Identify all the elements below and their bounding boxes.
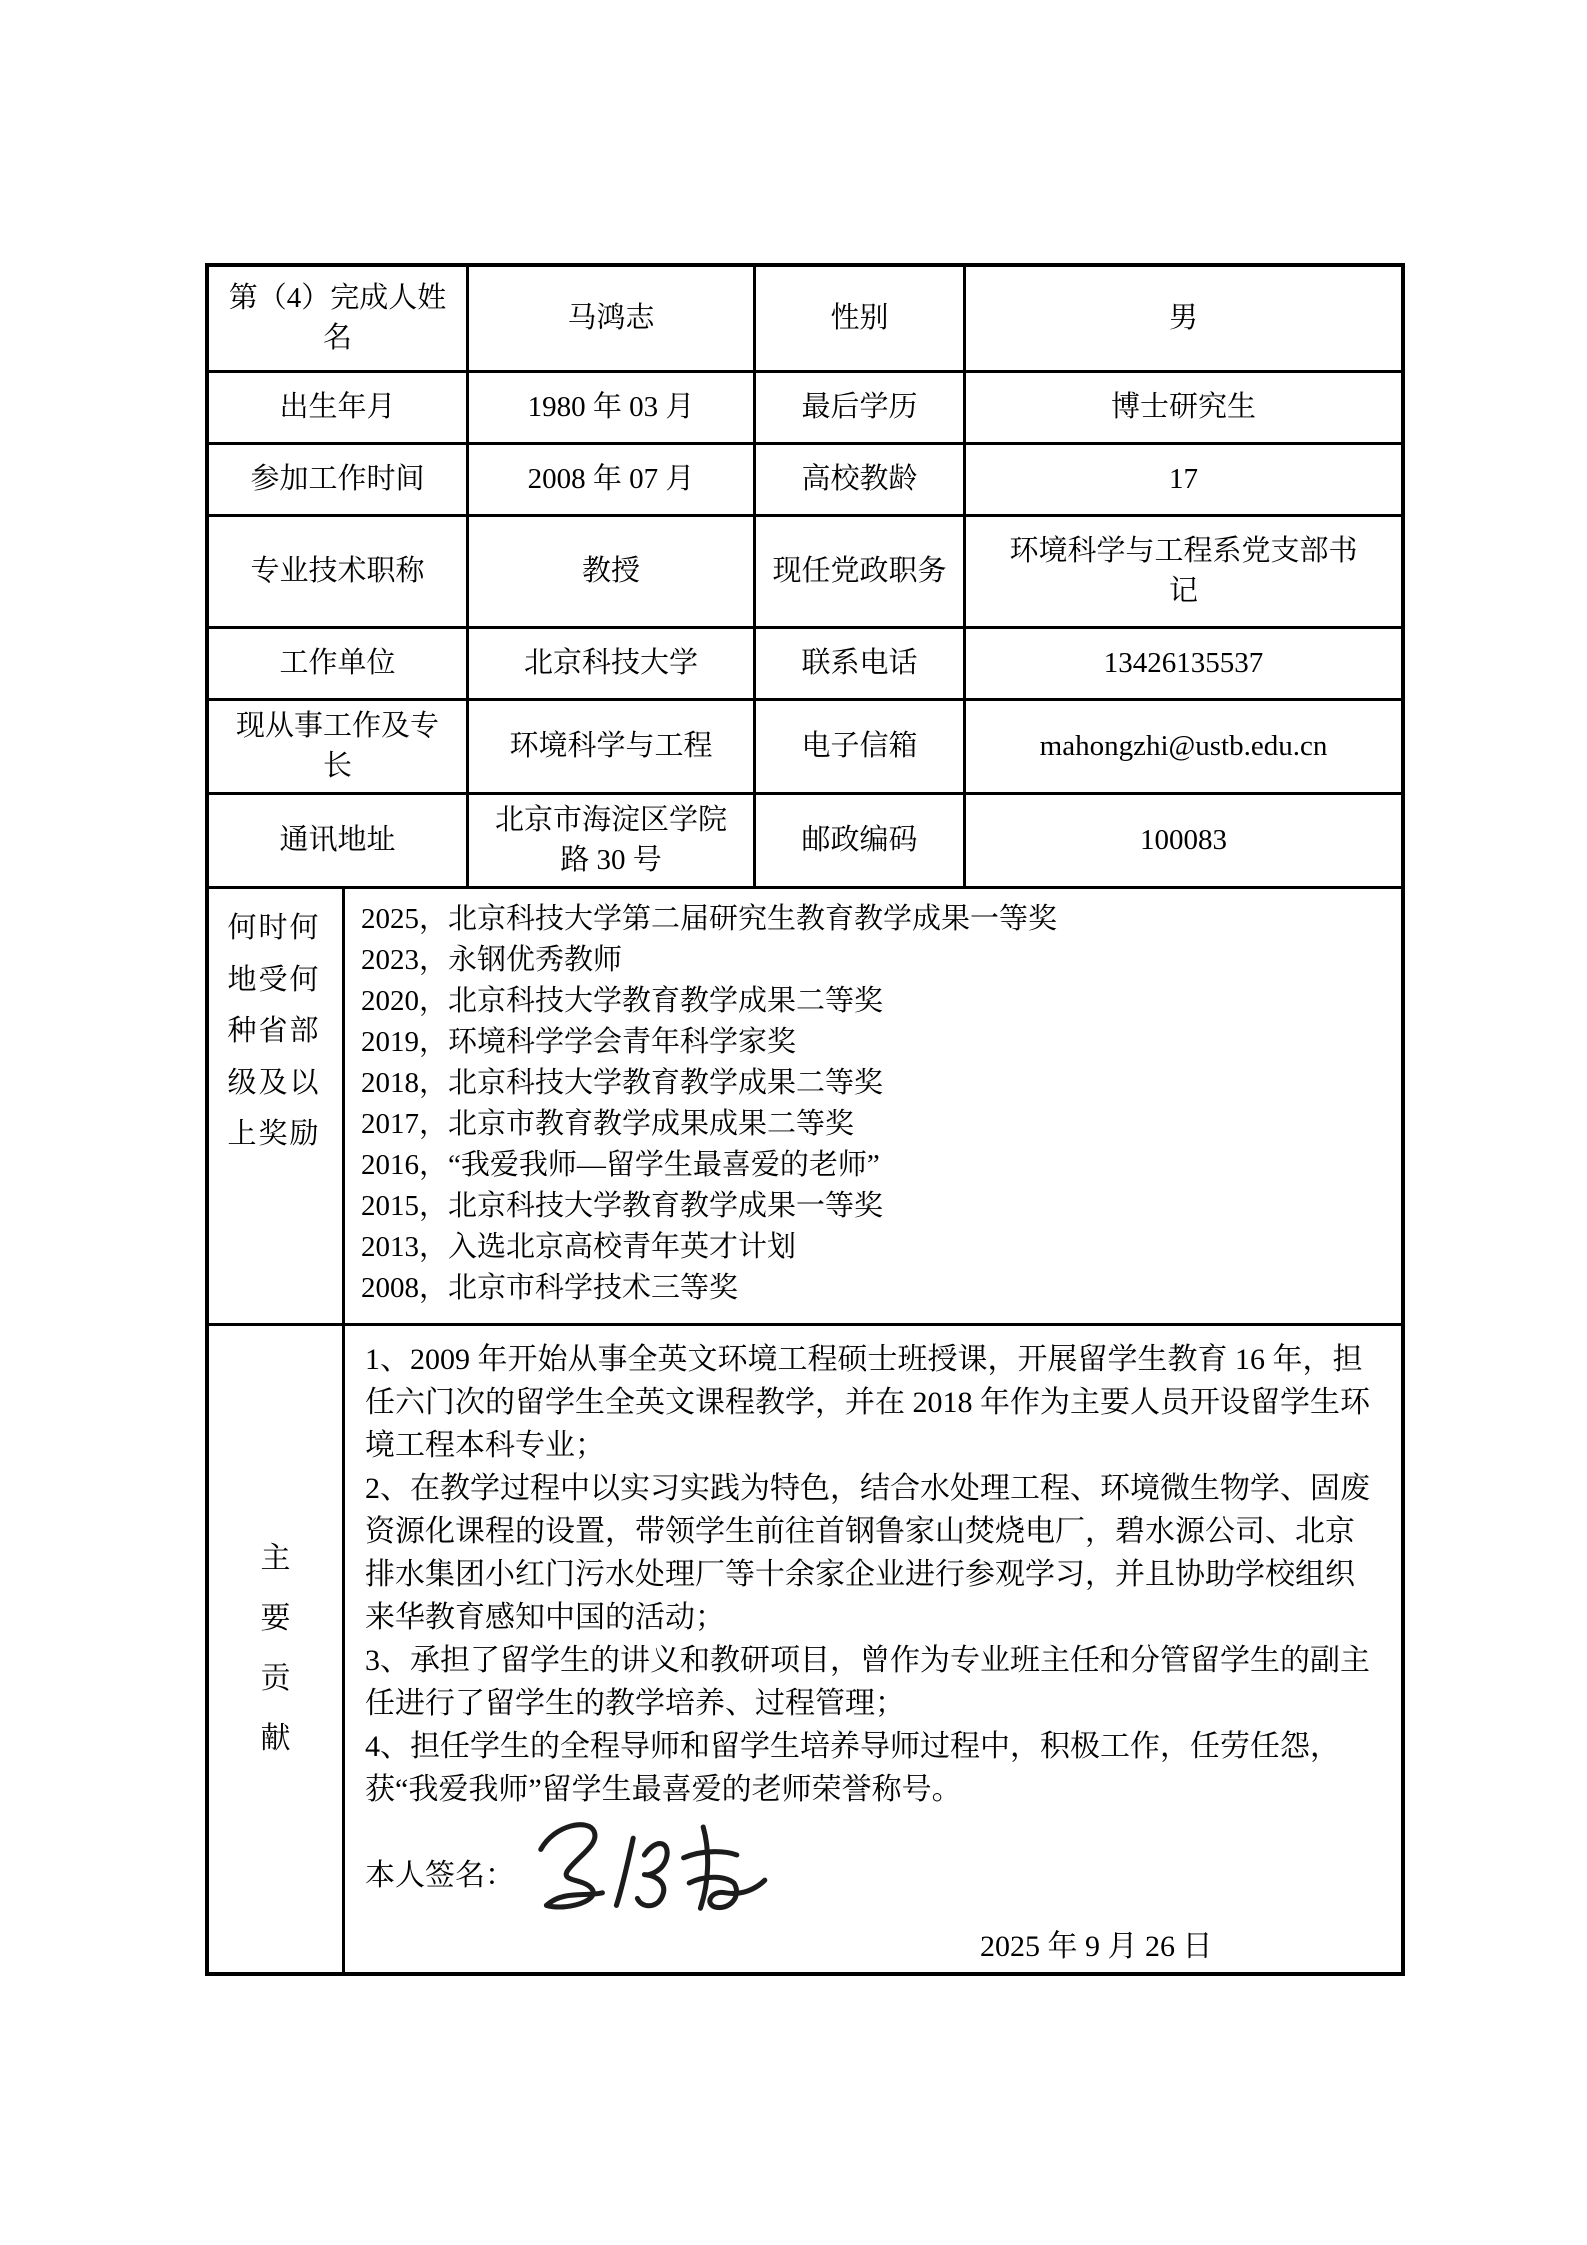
award-item: 2019，环境科学学会青年科学家奖 bbox=[361, 1022, 796, 1063]
field-value-last-degree: 博士研究生 bbox=[966, 373, 1401, 442]
field-value-gender: 男 bbox=[966, 267, 1401, 370]
field-value-postcode: 100083 bbox=[966, 795, 1401, 886]
table-row-birth: 出生年月 1980 年 03 月 最后学历 博士研究生 bbox=[209, 373, 1401, 445]
table-row-address: 通讯地址 北京市海淀区学院路 30 号 邮政编码 100083 bbox=[209, 795, 1401, 889]
award-item: 2013，入选北京高校青年英才计划 bbox=[361, 1227, 796, 1268]
table-row-name: 第（4）完成人姓名 马鸿志 性别 男 bbox=[209, 267, 1401, 373]
award-item: 2016，“我爱我师—留学生最喜爱的老师” bbox=[361, 1145, 880, 1186]
field-label-phone: 联系电话 bbox=[756, 629, 966, 698]
personnel-form-table: 第（4）完成人姓名 马鸿志 性别 男 出生年月 1980 年 03 月 最后学历… bbox=[205, 263, 1405, 1976]
field-value-mailing-address: 北京市海淀区学院路 30 号 bbox=[469, 795, 756, 886]
contributions-content: 1、2009 年开始从事全英文环境工程硕士班授课，开展留学生教育 16 年，担任… bbox=[345, 1326, 1401, 1972]
contribution-paragraph: 3、承担了留学生的讲义和教研项目，曾作为专业班主任和分管留学生的副主任进行了留学… bbox=[365, 1639, 1381, 1725]
field-label-teaching-years: 高校教龄 bbox=[756, 445, 966, 514]
field-value-birth-date: 1980 年 03 月 bbox=[469, 373, 756, 442]
field-label-professional-title: 专业技术职称 bbox=[209, 517, 469, 626]
field-value-current-work: 环境科学与工程 bbox=[469, 701, 756, 792]
table-row-specialty: 现从事工作及专长 环境科学与工程 电子信箱 mahongzhi@ustb.edu… bbox=[209, 701, 1401, 795]
field-label-current-work: 现从事工作及专长 bbox=[209, 701, 469, 792]
field-value-employer: 北京科技大学 bbox=[469, 629, 756, 698]
field-value-name: 马鸿志 bbox=[469, 267, 756, 370]
contribution-paragraph: 2、在教学过程中以实习实践为特色，结合水处理工程、环境微生物学、固废资源化课程的… bbox=[365, 1467, 1381, 1639]
field-value-teaching-years: 17 bbox=[966, 445, 1401, 514]
field-label-employer: 工作单位 bbox=[209, 629, 469, 698]
contribution-paragraph: 1、2009 年开始从事全英文环境工程硕士班授课，开展留学生教育 16 年，担任… bbox=[365, 1338, 1381, 1467]
awards-label: 何时何地受何种省部级及以上奖励 bbox=[209, 889, 345, 1323]
contribution-paragraph: 4、担任学生的全程导师和留学生培养导师过程中，积极工作，任劳任怨，获“我爱我师”… bbox=[365, 1725, 1381, 1811]
award-item: 2018，北京科技大学教育教学成果二等奖 bbox=[361, 1063, 883, 1104]
award-item: 2008，北京市科学技术三等奖 bbox=[361, 1268, 738, 1309]
field-label-last-degree: 最后学历 bbox=[756, 373, 966, 442]
award-item: 2025，北京科技大学第二届研究生教育教学成果一等奖 bbox=[361, 899, 1057, 940]
signature-line: 本人签名： bbox=[365, 1827, 1381, 1925]
field-label-work-start: 参加工作时间 bbox=[209, 445, 469, 514]
awards-label-text: 何时何地受何种省部级及以上奖励 bbox=[228, 903, 324, 1161]
award-item: 2020，北京科技大学教育教学成果二等奖 bbox=[361, 981, 883, 1022]
contributions-label: 主要贡献 bbox=[209, 1326, 345, 1972]
field-value-professional-title: 教授 bbox=[469, 517, 756, 626]
contributions-label-text: 主要贡献 bbox=[259, 1529, 293, 1769]
field-value-work-start: 2008 年 07 月 bbox=[469, 445, 756, 514]
awards-row: 何时何地受何种省部级及以上奖励 2025，北京科技大学第二届研究生教育教学成果一… bbox=[209, 889, 1401, 1326]
field-label-completer-name: 第（4）完成人姓名 bbox=[209, 267, 469, 370]
contributions-row: 主要贡献 1、2009 年开始从事全英文环境工程硕士班授课，开展留学生教育 16… bbox=[209, 1326, 1401, 1972]
table-row-work-start: 参加工作时间 2008 年 07 月 高校教龄 17 bbox=[209, 445, 1401, 517]
table-row-title: 专业技术职称 教授 现任党政职务 环境科学与工程系党支部书记 bbox=[209, 517, 1401, 629]
field-value-email: mahongzhi@ustb.edu.cn bbox=[966, 701, 1401, 792]
award-item: 2015，北京科技大学教育教学成果一等奖 bbox=[361, 1186, 883, 1227]
signature-date: 2025 年 9 月 26 日 bbox=[365, 1927, 1381, 1968]
award-item: 2017，北京市教育教学成果成果二等奖 bbox=[361, 1104, 854, 1145]
signature-image bbox=[521, 1813, 821, 1925]
award-item: 2023，永钢优秀教师 bbox=[361, 940, 622, 981]
field-label-birth-date: 出生年月 bbox=[209, 373, 469, 442]
field-label-mailing-address: 通讯地址 bbox=[209, 795, 469, 886]
field-label-postcode: 邮政编码 bbox=[756, 795, 966, 886]
awards-list: 2025，北京科技大学第二届研究生教育教学成果一等奖 2023，永钢优秀教师 2… bbox=[345, 889, 1401, 1323]
table-row-employer: 工作单位 北京科技大学 联系电话 13426135537 bbox=[209, 629, 1401, 701]
field-label-party-position: 现任党政职务 bbox=[756, 517, 966, 626]
field-label-email: 电子信箱 bbox=[756, 701, 966, 792]
field-label-gender: 性别 bbox=[756, 267, 966, 370]
signature-label: 本人签名： bbox=[365, 1856, 515, 1897]
field-value-party-position: 环境科学与工程系党支部书记 bbox=[966, 517, 1401, 626]
field-value-phone: 13426135537 bbox=[966, 629, 1401, 698]
